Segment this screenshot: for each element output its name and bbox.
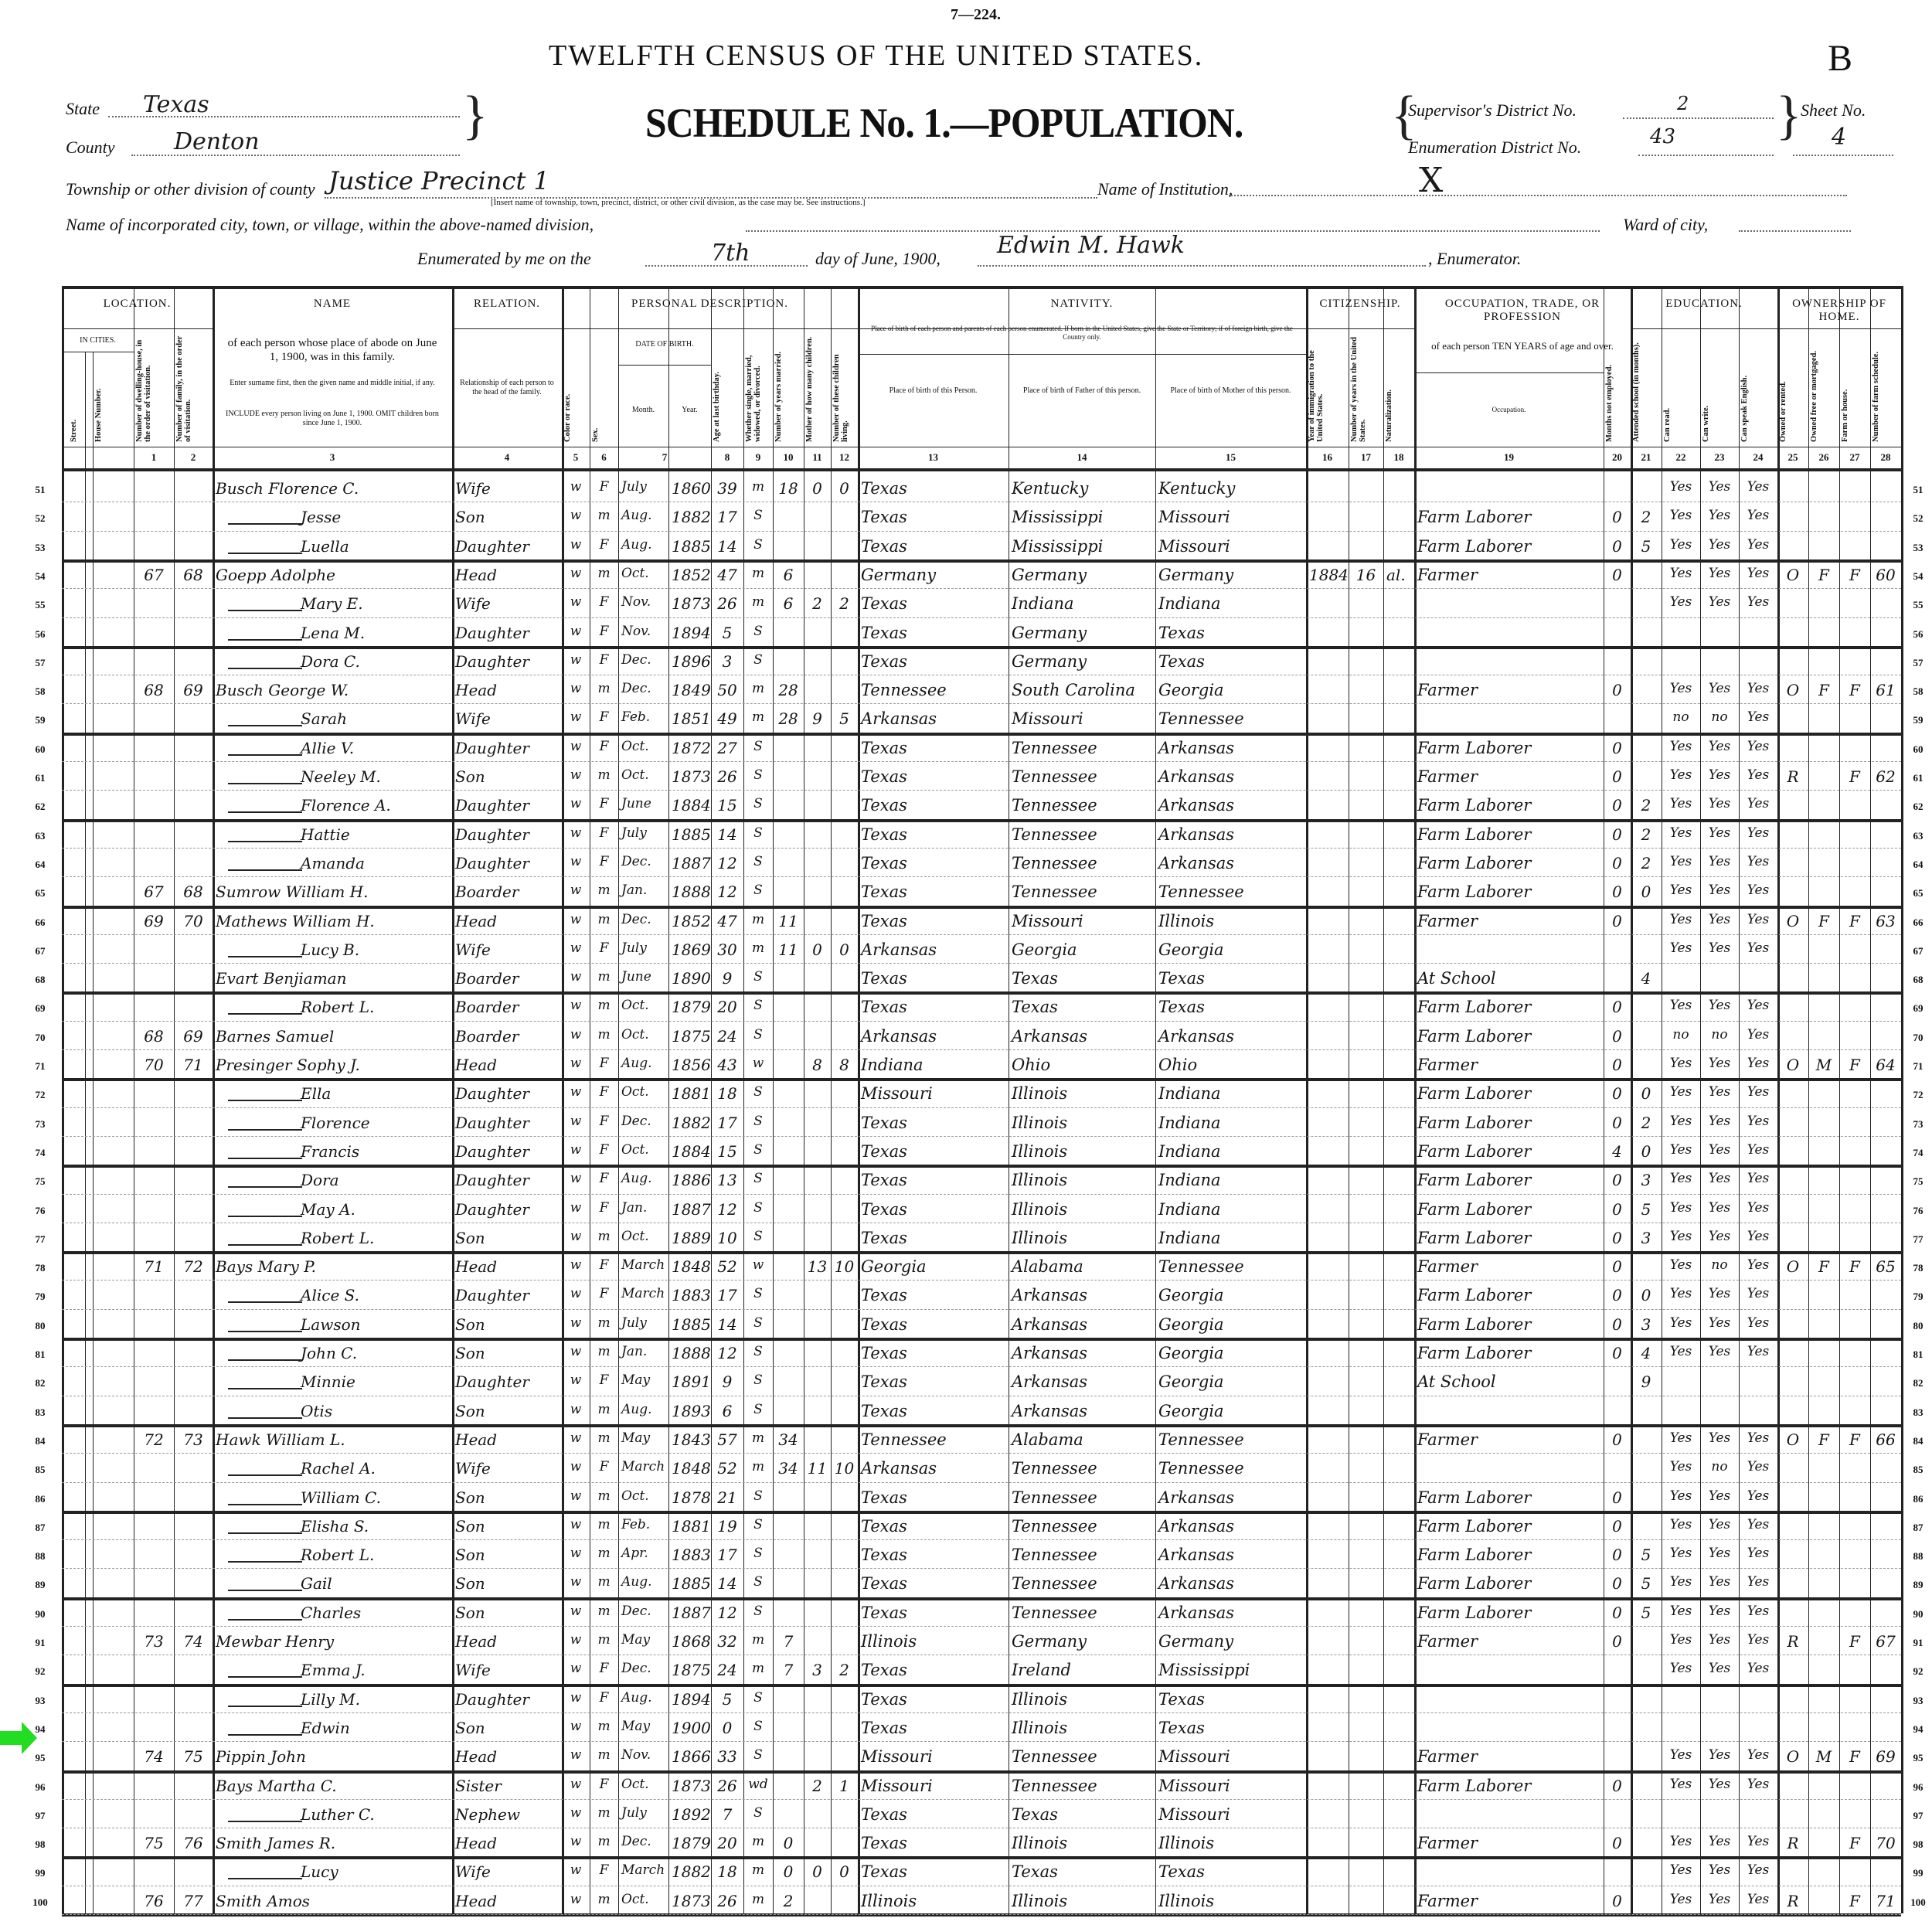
cell-name: Robert L. — [301, 999, 449, 1015]
cell-relation: Boarder — [455, 999, 559, 1015]
cell-relation: Wife — [455, 1461, 559, 1476]
cell-mother: Georgia — [1158, 1403, 1303, 1420]
cell-color: w — [565, 1720, 587, 1733]
cell-unemployed: 0 — [1607, 1519, 1628, 1534]
cell-age: 0 — [714, 1720, 740, 1736]
cell-occupation: Farm Laborer — [1417, 1029, 1600, 1045]
line-number-right: 79 — [1903, 1291, 1932, 1303]
cell-english: Yes — [1742, 539, 1774, 552]
household-separator — [62, 906, 1901, 909]
row-separator — [62, 1886, 1901, 1886]
cell-relation: Son — [455, 769, 559, 784]
cell-yrs_us: 16 — [1352, 567, 1380, 583]
cell-marital: m — [747, 913, 770, 927]
line-number-left: 91 — [25, 1637, 56, 1649]
cell-mother: Arkansas — [1158, 827, 1303, 843]
cell-own: R — [1781, 1893, 1805, 1909]
group-underline — [1306, 328, 1414, 329]
cell-year: 1888 — [672, 1345, 708, 1361]
cell-relation: Head — [455, 1259, 559, 1274]
line-number-right: 83 — [1903, 1406, 1932, 1419]
cell-month: May — [621, 1432, 665, 1445]
cell-year: 1872 — [672, 740, 708, 756]
cell-color: w — [565, 1317, 587, 1330]
cell-unemployed: 0 — [1607, 567, 1628, 583]
column-number: 1 — [134, 451, 174, 464]
line-number-left: 58 — [25, 685, 56, 698]
cell-occupation: Farm Laborer — [1417, 1605, 1600, 1621]
cell-write: Yes — [1703, 1172, 1736, 1185]
line-number-right: 80 — [1903, 1320, 1932, 1332]
cell-school: 3 — [1634, 1317, 1658, 1332]
line-number-right: 89 — [1903, 1579, 1932, 1591]
cell-birth: Arkansas — [861, 711, 1005, 727]
cell-color: w — [565, 942, 587, 955]
cell-write: Yes — [1703, 1086, 1736, 1099]
cell-mother: Arkansas — [1158, 1605, 1303, 1621]
cell-occupation: Farmer — [1417, 1634, 1600, 1650]
vheader-color: Color or race. — [563, 334, 588, 442]
cell-relation: Wife — [455, 596, 559, 611]
line-number-right: 65 — [1903, 887, 1932, 900]
cell-natz: al. — [1386, 567, 1411, 583]
cell-month: Dec. — [621, 1115, 665, 1128]
line-number-right: 94 — [1903, 1723, 1932, 1736]
row-separator — [62, 848, 1901, 849]
cell-marital: S — [747, 1086, 770, 1099]
cell-read: no — [1665, 711, 1697, 724]
cell-occupation: Farm Laborer — [1417, 1490, 1600, 1506]
relation-description: Relationship of each person to the head … — [459, 379, 555, 397]
cell-age: 14 — [714, 539, 740, 554]
cell-unemployed: 0 — [1607, 855, 1628, 871]
cell-unemployed: 0 — [1607, 1835, 1628, 1851]
cell-school: 3 — [1634, 1172, 1658, 1188]
cell-own: R — [1781, 1835, 1805, 1851]
vheader-sex: Sex. — [591, 334, 617, 442]
cell-relation: Daughter — [455, 1202, 559, 1217]
cell-family: 70 — [177, 913, 209, 929]
cell-marital: S — [747, 1807, 770, 1820]
cell-read: Yes — [1665, 1634, 1697, 1647]
cell-age: 52 — [714, 1259, 740, 1274]
ditto-dash — [228, 1878, 302, 1879]
cell-write: Yes — [1703, 1490, 1736, 1503]
cell-father: Tennessee — [1012, 1519, 1152, 1535]
cell-marital: S — [747, 625, 770, 638]
cell-english: Yes — [1742, 1259, 1774, 1272]
cell-write: Yes — [1703, 1317, 1736, 1330]
cell-sex: m — [593, 567, 615, 580]
line-number-left: 100 — [25, 1896, 56, 1909]
cell-read: Yes — [1665, 1835, 1697, 1848]
cell-write: Yes — [1703, 481, 1736, 494]
cell-occupation: Farmer — [1417, 682, 1600, 699]
cell-farm: F — [1842, 1057, 1867, 1073]
cell-sex: m — [593, 913, 615, 927]
cell-color: w — [565, 1893, 587, 1906]
cell-write: Yes — [1703, 1115, 1736, 1128]
cell-schedule: 62 — [1873, 769, 1898, 784]
cell-read: Yes — [1665, 942, 1697, 955]
column-number: 17 — [1349, 451, 1383, 464]
cell-year: 1900 — [672, 1720, 708, 1736]
cell-marital: S — [747, 1576, 770, 1589]
line-number-right: 73 — [1903, 1118, 1932, 1131]
cell-sex: m — [593, 1634, 615, 1647]
cell-age: 18 — [714, 1864, 740, 1879]
cell-name: Luther C. — [301, 1807, 449, 1822]
cell-year: 1894 — [672, 625, 708, 641]
cell-english: Yes — [1742, 567, 1774, 580]
row-separator — [62, 1655, 1901, 1655]
nativity-subrule — [858, 354, 1306, 355]
row-separator — [62, 1049, 1901, 1050]
cell-relation: Head — [455, 1893, 559, 1909]
cell-sex: F — [593, 1259, 615, 1272]
cell-occupation: Farm Laborer — [1417, 884, 1600, 900]
cell-english: Yes — [1742, 1461, 1774, 1474]
cell-birth: Arkansas — [861, 1461, 1005, 1477]
cell-name: Elisha S. — [301, 1519, 449, 1534]
line-number-left: 82 — [25, 1377, 56, 1389]
cell-read: Yes — [1665, 481, 1697, 494]
cell-name: Neeley M. — [301, 769, 449, 784]
cell-mother: Arkansas — [1158, 1490, 1303, 1506]
cell-color: w — [565, 1864, 587, 1877]
group-header-personal: PERSONAL DESCRIPTION. — [562, 298, 858, 311]
cell-write: Yes — [1703, 1432, 1736, 1445]
cell-read: Yes — [1665, 1778, 1697, 1791]
column-number: 3 — [213, 451, 452, 464]
cell-write: Yes — [1703, 884, 1736, 897]
column-number: 9 — [743, 451, 773, 464]
cell-write: Yes — [1703, 1605, 1736, 1618]
column-number: 20 — [1604, 451, 1631, 464]
cell-read: Yes — [1665, 596, 1697, 609]
cell-color: w — [565, 1144, 587, 1157]
line-number-left: 65 — [25, 887, 56, 900]
cell-mother_of: 13 — [807, 1259, 828, 1274]
cell-occupation: Farm Laborer — [1417, 509, 1600, 525]
cell-mother: Indiana — [1158, 1086, 1303, 1102]
cell-marital: S — [747, 1115, 770, 1128]
cell-birth: Texas — [861, 1144, 1005, 1160]
cell-month: May — [621, 1720, 665, 1733]
cell-father: Arkansas — [1012, 1345, 1152, 1362]
line-number-right: 51 — [1903, 484, 1932, 496]
cell-english: Yes — [1742, 711, 1774, 724]
column-number: 26 — [1808, 451, 1839, 464]
cell-read: Yes — [1665, 1345, 1697, 1359]
cell-unemployed: 4 — [1607, 1144, 1628, 1159]
cell-father: Illinois — [1012, 1115, 1152, 1131]
cell-relation: Son — [455, 1720, 559, 1736]
column-number: 19 — [1414, 451, 1604, 464]
column-number: 12 — [831, 451, 858, 464]
cell-english: Yes — [1742, 1086, 1774, 1099]
group-header-occupation: OCCUPATION, TRADE, OR PROFESSION — [1414, 298, 1631, 324]
cell-year: 1884 — [672, 798, 708, 813]
birth-mother-label: Place of birth of Mother of this person. — [1162, 386, 1299, 396]
row-separator — [62, 588, 1901, 589]
cell-mother: Indiana — [1158, 1172, 1303, 1189]
line-number-left: 63 — [25, 830, 56, 842]
cell-farm: F — [1842, 682, 1867, 698]
cell-birth: Texas — [861, 884, 1005, 900]
line-number-right: 66 — [1903, 917, 1932, 929]
cell-marital: S — [747, 1490, 770, 1503]
cell-year: 1883 — [672, 1547, 708, 1563]
ditto-dash — [228, 1619, 302, 1621]
household-separator — [62, 1165, 1901, 1168]
cell-marital: S — [747, 1144, 770, 1157]
line-number-right: 57 — [1903, 657, 1932, 669]
cell-father: Kentucky — [1012, 481, 1152, 497]
cell-age: 14 — [714, 1576, 740, 1591]
cell-family: 68 — [177, 567, 209, 583]
line-number-left: 87 — [25, 1522, 56, 1534]
cell-write: Yes — [1703, 1345, 1736, 1359]
cell-living: 0 — [834, 1864, 855, 1879]
cell-mother: Illinois — [1158, 1893, 1303, 1910]
line-number-right: 63 — [1903, 830, 1932, 842]
cell-occupation: Farm Laborer — [1417, 1230, 1600, 1246]
cell-school: 2 — [1634, 509, 1658, 525]
ditto-dash — [228, 1417, 302, 1419]
cell-color: w — [565, 1029, 587, 1042]
cell-color: w — [565, 1230, 587, 1243]
cell-schedule: 71 — [1873, 1893, 1898, 1909]
cell-mother: Arkansas — [1158, 855, 1303, 872]
cell-color: w — [565, 1576, 587, 1589]
occupation-description: of each person TEN YEARS of age and over… — [1425, 340, 1620, 352]
group-underline — [62, 328, 213, 329]
cell-school: 2 — [1634, 1115, 1658, 1131]
cell-relation: Son — [455, 1403, 559, 1419]
household-separator — [62, 1424, 1901, 1427]
line-number-left: 69 — [25, 1002, 56, 1015]
cell-birth: Texas — [861, 1605, 1005, 1621]
cell-english: Yes — [1742, 1144, 1774, 1157]
cell-living: 0 — [834, 481, 855, 496]
cell-name: Hattie — [301, 827, 449, 842]
cell-age: 49 — [714, 711, 740, 726]
cell-school: 0 — [1634, 1287, 1658, 1303]
cell-relation: Daughter — [455, 740, 559, 756]
household-separator — [62, 1251, 1901, 1254]
cell-color: w — [565, 596, 587, 609]
cell-father: Tennessee — [1012, 798, 1152, 814]
cell-age: 43 — [714, 1057, 740, 1073]
line-number-left: 96 — [25, 1781, 56, 1794]
table-top-border — [62, 286, 1901, 289]
column-number: 4 — [452, 451, 562, 464]
cell-sex: m — [593, 1029, 615, 1042]
cell-birth: Texas — [861, 1835, 1005, 1852]
highlighted-row[interactable] — [63, 1741, 1900, 1770]
cell-mother_of: 11 — [807, 1461, 828, 1476]
household-separator — [62, 646, 1901, 649]
cell-color: w — [565, 1692, 587, 1705]
cell-name: Robert L. — [301, 1547, 449, 1563]
cell-year: 1848 — [672, 1259, 708, 1274]
cell-relation: Daughter — [455, 1086, 559, 1101]
row-separator — [62, 1482, 1901, 1483]
cell-english: Yes — [1742, 827, 1774, 840]
cell-father: Mississippi — [1012, 539, 1152, 555]
cell-occupation: Farm Laborer — [1417, 1576, 1600, 1592]
cell-sex: F — [593, 1374, 615, 1387]
cell-write: Yes — [1703, 567, 1736, 580]
cell-age: 26 — [714, 1778, 740, 1794]
cell-mother_of: 2 — [807, 596, 828, 611]
cell-age: 24 — [714, 1029, 740, 1044]
cell-father: Tennessee — [1012, 1778, 1152, 1794]
ditto-dash — [228, 725, 302, 726]
cell-dwelling: 68 — [137, 1029, 171, 1044]
cell-name: Busch George W. — [216, 682, 449, 698]
cell-occupation: At School — [1417, 971, 1600, 987]
cell-mother_of: 0 — [807, 481, 828, 496]
line-number-left: 57 — [25, 657, 56, 669]
cell-month: Dec. — [621, 855, 665, 869]
vheader-house-number: House Number. — [94, 355, 132, 442]
cell-name: Dora C. — [301, 654, 449, 669]
ditto-dash — [228, 1388, 302, 1389]
cell-sex: F — [593, 798, 615, 811]
cell-unemployed: 0 — [1607, 682, 1628, 698]
cell-month: Oct. — [621, 999, 665, 1012]
cell-year: 1879 — [672, 999, 708, 1015]
month-label: Month. — [621, 406, 665, 415]
cell-age: 12 — [714, 1345, 740, 1361]
cell-month: Dec. — [621, 1605, 665, 1618]
cell-year: 1882 — [672, 1864, 708, 1879]
cell-birth: Texas — [861, 1345, 1005, 1362]
cell-name: Alice S. — [301, 1287, 449, 1303]
cell-age: 57 — [714, 1432, 740, 1447]
line-number-right: 68 — [1903, 974, 1932, 986]
cell-father: Texas — [1012, 971, 1152, 987]
cell-month: Aug. — [621, 1403, 665, 1417]
cell-own: O — [1781, 913, 1805, 929]
cell-age: 15 — [714, 1144, 740, 1159]
cell-name: Smith James R. — [216, 1835, 449, 1851]
cell-year: 1849 — [672, 682, 708, 698]
cell-read: Yes — [1665, 884, 1697, 897]
cell-mother: Indiana — [1158, 1202, 1303, 1218]
cell-sex: m — [593, 1720, 615, 1733]
cell-mother: Germany — [1158, 1634, 1303, 1650]
line-number-left: 61 — [25, 772, 56, 784]
cell-age: 12 — [714, 1202, 740, 1217]
birth-person-label: Place of birth of this Person. — [865, 386, 1002, 396]
cell-month: March — [621, 1864, 665, 1877]
cell-living: 10 — [834, 1259, 855, 1274]
cell-write: Yes — [1703, 1634, 1736, 1647]
birth-father-label: Place of birth of Father of this person. — [1015, 386, 1148, 396]
ditto-dash — [228, 1504, 302, 1505]
column-number: 23 — [1700, 451, 1739, 464]
cell-month: June — [621, 798, 665, 811]
line-number-left: 76 — [25, 1205, 56, 1217]
cell-name: May A. — [301, 1202, 449, 1217]
cell-relation: Daughter — [455, 1692, 559, 1707]
cell-color: w — [565, 567, 587, 580]
household-separator — [62, 819, 1901, 822]
cell-month: July — [621, 942, 665, 955]
cell-own: O — [1781, 682, 1805, 698]
cell-occupation: Farm Laborer — [1417, 740, 1600, 757]
cell-father: Mississippi — [1012, 509, 1152, 525]
cell-name: William C. — [301, 1490, 449, 1505]
date-of-birth-label: DATE OF BIRTH. — [621, 340, 708, 349]
cell-mother: Missouri — [1158, 1807, 1303, 1823]
cell-sex: F — [593, 740, 615, 753]
cell-age: 20 — [714, 1835, 740, 1851]
column-number: 6 — [590, 451, 618, 464]
in-cities-rule — [62, 352, 134, 352]
cell-english: Yes — [1742, 942, 1774, 955]
cell-month: July — [621, 1807, 665, 1820]
cell-father: Illinois — [1012, 1720, 1152, 1736]
cell-school: 2 — [1634, 855, 1658, 871]
cell-dwelling: 72 — [137, 1432, 171, 1447]
cell-farm: F — [1842, 913, 1867, 929]
cell-read: Yes — [1665, 1287, 1697, 1301]
cell-age: 13 — [714, 1172, 740, 1188]
household-separator — [62, 1770, 1901, 1774]
line-number-left: 93 — [25, 1695, 56, 1707]
line-number-left: 97 — [25, 1810, 56, 1822]
ditto-dash — [228, 1561, 302, 1563]
cell-month: Dec. — [621, 654, 665, 667]
column-number: 5 — [562, 451, 590, 464]
cell-unemployed: 0 — [1607, 1547, 1628, 1563]
cell-yrs_married: 34 — [776, 1461, 801, 1476]
cell-unemployed: 0 — [1607, 1345, 1628, 1361]
in-cities-label: IN CITIES. — [65, 336, 131, 345]
cell-age: 10 — [714, 1230, 740, 1246]
cell-marital: S — [747, 971, 770, 984]
cell-name: Dora — [301, 1172, 449, 1188]
cell-age: 27 — [714, 740, 740, 756]
cell-unemployed: 0 — [1607, 1029, 1628, 1044]
cell-occupation: Farmer — [1417, 1057, 1600, 1073]
cell-marital: S — [747, 1605, 770, 1618]
cell-age: 26 — [714, 1893, 740, 1909]
ditto-dash — [228, 869, 302, 871]
cell-school: 4 — [1634, 971, 1658, 986]
household-separator — [62, 1511, 1901, 1514]
cell-read: Yes — [1665, 1519, 1697, 1532]
cell-year: 1873 — [672, 1893, 708, 1909]
cell-age: 5 — [714, 625, 740, 641]
cell-read: Yes — [1665, 1605, 1697, 1618]
line-number-right: 85 — [1903, 1464, 1932, 1476]
cell-relation: Nephew — [455, 1807, 559, 1822]
cell-free: F — [1811, 1259, 1836, 1274]
cell-color: w — [565, 625, 587, 638]
cell-yrs_married: 7 — [776, 1662, 801, 1678]
cell-english: Yes — [1742, 509, 1774, 522]
cell-name: Mewbar Henry — [216, 1634, 449, 1649]
cell-sex: F — [593, 1864, 615, 1877]
cell-family: 69 — [177, 682, 209, 698]
cell-write: Yes — [1703, 1778, 1736, 1791]
cell-unemployed: 0 — [1607, 1172, 1628, 1188]
